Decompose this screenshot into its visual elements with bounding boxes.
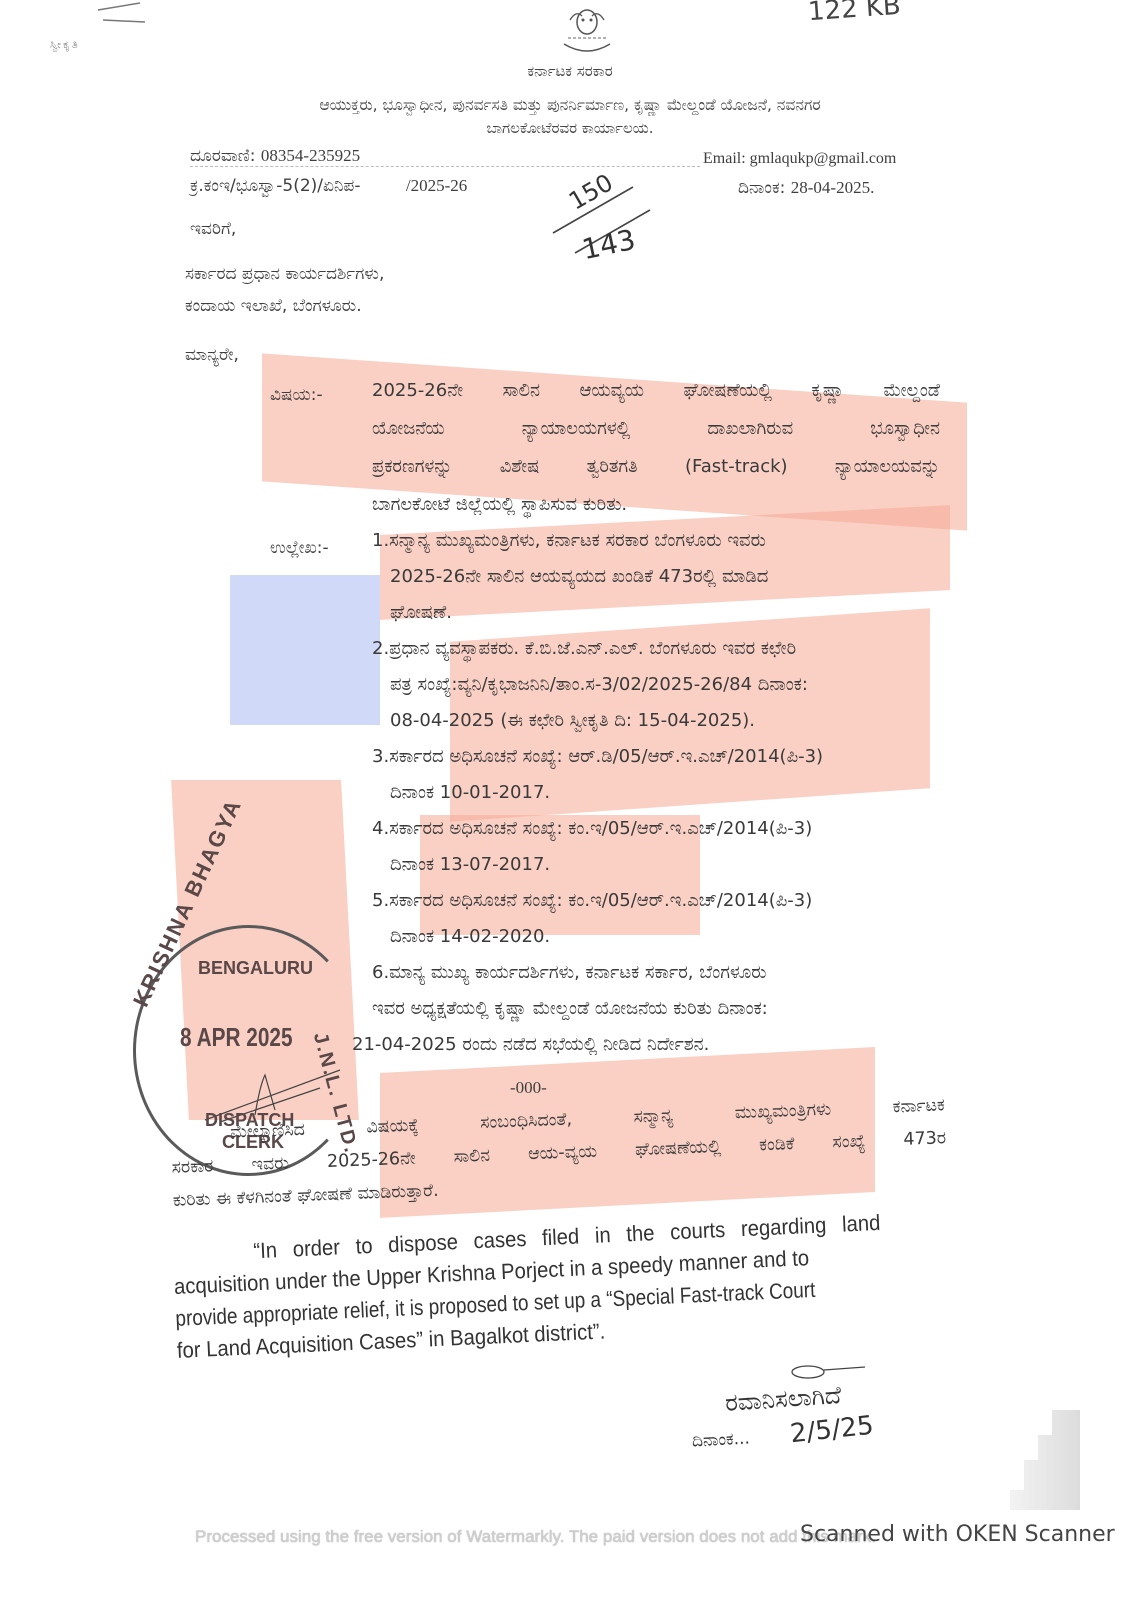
stamp-city: BENGALURU xyxy=(198,958,313,979)
reference-line: 1.ಸನ್ಮಾನ್ಯ ಮುಖ್ಯಮಂತ್ರಿಗಳು, ಕರ್ನಾಟಕ ಸರಕಾರ… xyxy=(372,530,940,566)
reference-line: 4.ಸರ್ಕಾರದ ಅಧಿಸೂಚನೆ ಸಂಖ್ಯೆ: ಕಂ.ಇ/05/ಆರ್.ಇ… xyxy=(372,818,940,854)
reference-line: ದಿನಾಂಕ 10-01-2017. xyxy=(372,782,940,818)
page-edge-shadow xyxy=(1010,1410,1080,1510)
references-block: 1.ಸನ್ಮಾನ್ಯ ಮುಖ್ಯಮಂತ್ರಿಗಳು, ಕರ್ನಾಟಕ ಸರಕಾರ… xyxy=(372,530,940,1070)
email-label: Email: xyxy=(703,150,746,167)
karnataka-emblem-icon xyxy=(548,2,626,58)
watermark-notice: Processed using the free version of Wate… xyxy=(195,1527,876,1547)
dispatch-date-label: ದಿನಾಂಕ... xyxy=(692,1429,751,1452)
subject-line: ಯೋಜನೆಯ ನ್ಯಾಯಾಲಯಗಳಲ್ಲಿ ದಾಖಲಾಗಿರುವ ಭೂಸ್ವಾಧ… xyxy=(372,418,940,456)
addressee-line-2: ಕಂದಾಯ ಇಲಾಖೆ, ಬೆಂಗಳೂರು. xyxy=(185,296,362,316)
reference-line: 2025-26ನೇ ಸಾಲಿನ ಆಯವ್ಯಯದ ಖಂಡಿಕೆ 473ರಲ್ಲಿ … xyxy=(372,566,940,602)
reference-line: ದಿನಾಂಕ 14-02-2020. xyxy=(372,926,940,962)
ref-no: ಕ್ರ.ಕಂಇ/ಭೂಸ್ವಾ-5(2)/ಏನಿಪ- xyxy=(190,176,360,196)
to-label: ಇವರಿಗೆ, xyxy=(190,219,236,239)
reference-line: ಪತ್ರ ಸಂಖ್ಯೆ:ವ್ಯನಿ/ಕೃಭಾಜನಿನಿ/ತಾಂ.ಸ-3/02/2… xyxy=(372,674,940,710)
date-label: ದಿನಾಂಕ: xyxy=(738,178,785,198)
overlay-blue xyxy=(230,575,380,725)
header-divider xyxy=(190,166,700,167)
reference-line: 5.ಸರ್ಕಾರದ ಅಧಿಸೂಚನೆ ಸಂಖ್ಯೆ: ಕಂ.ಇ/05/ಆರ್.ಇ… xyxy=(372,890,940,926)
dispatch-label: ರವಾನಿಸಲಾಗಿದೆ xyxy=(724,1381,842,1417)
addressee-line-1: ಸರ್ಕಾರದ ಪ್ರಧಾನ ಕಾರ್ಯದರ್ಶಿಗಳು, xyxy=(185,264,384,284)
date-value: 28-04-2025. xyxy=(791,178,875,197)
reference-line: 3.ಸರ್ಕಾರದ ಅಧಿಸೂಚನೆ ಸಂಖ್ಯೆ: ಆರ್.ಡಿ/05/ಆರ್… xyxy=(372,746,940,782)
phone-row: ದೂರವಾಣಿ: 08354-235925 xyxy=(190,146,360,166)
separator: -000- xyxy=(510,1078,547,1098)
dispatch-date: 2/5/25 xyxy=(789,1411,875,1450)
subject-block: 2025-26ನೇ ಸಾಲಿನ ಆಯವ್ಯಯ ಘೋಷಣೆಯಲ್ಲಿ ಕೃಷ್ಣಾ… xyxy=(372,380,940,532)
subject-label: ವಿಷಯ:- xyxy=(270,385,323,405)
email-address[interactable]: gmlaqukp@gmail.com xyxy=(750,150,897,167)
reference-number: ಕ್ರ.ಕಂಇ/ಭೂಸ್ವಾ-5(2)/ಏನಿಪ- /2025-26 xyxy=(190,176,467,196)
reference-line: ದಿನಾಂಕ 13-07-2017. xyxy=(372,854,940,890)
reference-line: 2.ಪ್ರಧಾನ ವ್ಯವಸ್ಥಾಪಕರು. ಕೆ.ಬಿ.ಜೆ.ಎನ್.ಎಲ್.… xyxy=(372,638,940,674)
reference-line: 08-04-2025 (ಈ ಕಛೇರಿ ಸ್ವೀಕೃತಿ ದಿ: 15-04-2… xyxy=(372,710,940,746)
body-english: “In order to dispose cases filed in the … xyxy=(172,1207,947,1370)
references-label: ಉಲ್ಲೇಖ:- xyxy=(270,538,329,558)
ref-year: /2025-26 xyxy=(406,176,467,195)
email-row: Email: gmlaqukp@gmail.com xyxy=(703,150,896,168)
margin-scribble xyxy=(95,0,145,25)
marginalia-top-left: ಸ್ವೀಕೃತಿ xyxy=(50,38,80,52)
reference-line: 6.ಮಾನ್ಯ ಮುಖ್ಯ ಕಾರ್ಯದರ್ಶಿಗಳು, ಕರ್ನಾಟಕ ಸರ್… xyxy=(372,962,940,998)
office-line-2: ಬಾಗಲಕೋಟೆರವರ ಕಾರ್ಯಾಲಯ. xyxy=(160,119,980,137)
marginalia-top-right: 122 KB xyxy=(807,0,902,27)
office-line-1: ಆಯುಕ್ತರು, ಭೂಸ್ವಾಧೀನ, ಪುನರ್ವಸತಿ ಮತ್ತು ಪುನ… xyxy=(160,96,980,115)
subject-line: ಪ್ರಕರಣಗಳನ್ನು ವಿಶೇಷ ತ್ವರಿತಗತಿ (Fast-track… xyxy=(372,456,940,494)
letter-date: ದಿನಾಂಕ: 28-04-2025. xyxy=(738,178,874,198)
phone-number: 08354-235925 xyxy=(261,146,360,165)
subject-line: 2025-26ನೇ ಸಾಲಿನ ಆಯವ್ಯಯ ಘೋಷಣೆಯಲ್ಲಿ ಕೃಷ್ಣಾ… xyxy=(372,380,940,418)
reference-line: 21-04-2025 ರಂದು ನಡೆದ ಸಭೆಯಲ್ಲಿ ನೀಡಿದ ನಿರ್… xyxy=(352,1034,940,1070)
scanner-credit: Scanned with OKEN Scanner xyxy=(800,1522,1115,1547)
government-name: ಕರ್ನಾಟಕ ಸರಕಾರ xyxy=(160,62,980,80)
reference-line: ಇವರ ಅಧ್ಯಕ್ಷತೆಯಲ್ಲಿ ಕೃಷ್ಣಾ ಮೇಲ್ದಂಡೆ ಯೋಜನೆ… xyxy=(372,998,940,1034)
reference-line: ಘೋಷಣೆ. xyxy=(372,602,940,638)
salutation: ಮಾನ್ಯರೇ, xyxy=(185,345,239,365)
stamp-date: 8 APR 2025 xyxy=(180,1022,293,1053)
subject-line: ಬಾಗಲಕೋಟೆ ಜಿಲ್ಲೆಯಲ್ಲಿ ಸ್ಥಾಪಿಸುವ ಕುರಿತು. xyxy=(372,494,940,532)
phone-label: ದೂರವಾಣಿ: xyxy=(190,146,256,166)
